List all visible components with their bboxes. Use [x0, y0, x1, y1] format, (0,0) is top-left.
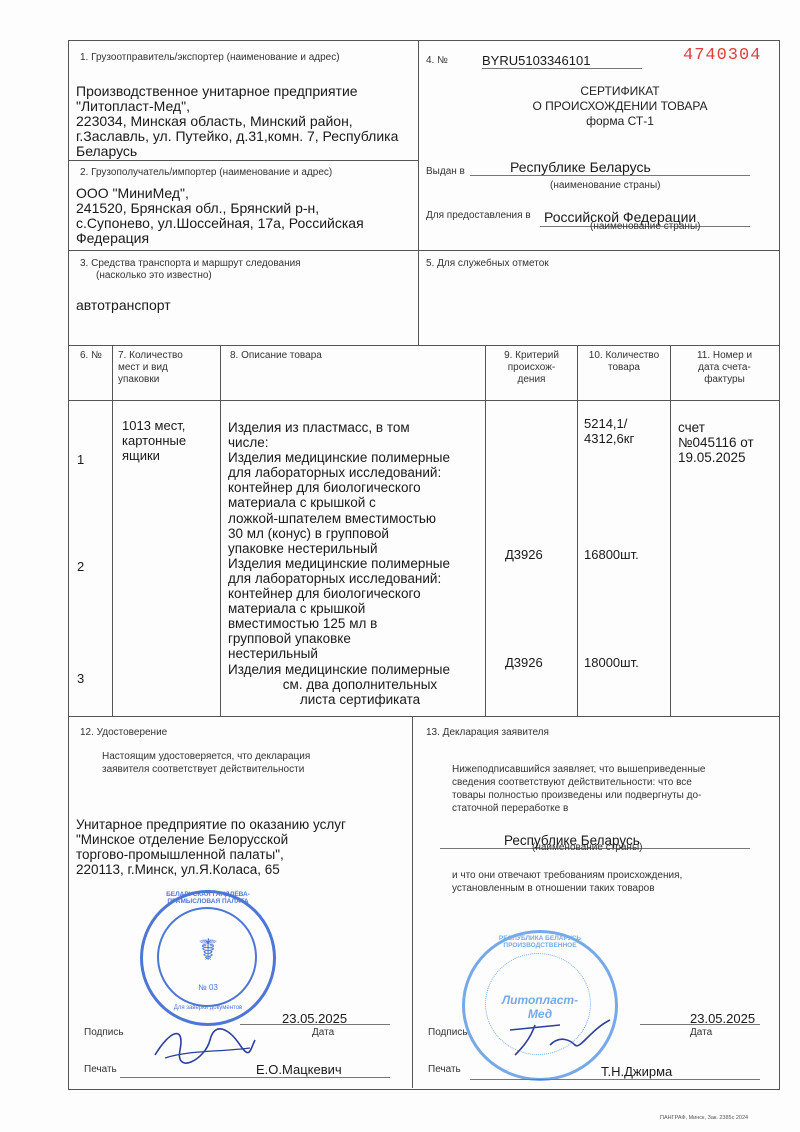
- certificate-title: СЕРТИФИКАТ О ПРОИСХОЖДЕНИИ ТОВАРА форма …: [480, 84, 760, 129]
- issued-in-value: Республике Беларусь: [470, 160, 750, 176]
- issued-in-label: Выдан в: [426, 166, 465, 178]
- criteria-cell: Д3926: [505, 547, 543, 562]
- box4-label: 4. №: [426, 55, 448, 67]
- signature-mark: [500, 1010, 620, 1060]
- col-header-quantity: 10. Количество товара: [578, 350, 670, 374]
- col-header-criteria: 9. Критерий происхож- дения: [486, 350, 577, 386]
- country-hint: (наименование страны): [532, 842, 642, 854]
- quantity-cell: 18000шт.: [584, 655, 639, 670]
- title-line: О ПРОИСХОЖДЕНИИ ТОВАРА: [480, 99, 760, 114]
- divider: [68, 716, 779, 717]
- divider: [68, 250, 779, 251]
- divider: [412, 716, 413, 1088]
- exporter-line: Беларусь: [76, 144, 421, 159]
- stamp-text: БЕЛАРУСКАЯ ГАНДЛЁВА-ПРАМЫСЛОВАЯ ПАЛАТА: [143, 891, 273, 905]
- transport-value: автотранспорт: [76, 298, 171, 313]
- date-label: Дата: [312, 1027, 334, 1039]
- for-hint: (наименование страны): [590, 221, 700, 233]
- title-line: форма СТ-1: [480, 114, 760, 129]
- signer-name: Е.О.Мацкевич: [256, 1062, 342, 1077]
- col-header-description: 8. Описание товара: [230, 350, 322, 362]
- signer-name: Т.Н.Джирма: [601, 1064, 672, 1079]
- col-header-packages: 7. Количество мест и вид упаковки: [118, 350, 183, 386]
- box2-label: 2. Грузополучатель/импортер (наименовани…: [80, 167, 332, 179]
- quantity-cell: 16800шт.: [584, 547, 639, 562]
- invoice-cell: счет №045116 от 19.05.2025: [678, 420, 754, 465]
- certifying-org: Унитарное предприятие по оказанию услуг …: [76, 817, 346, 877]
- col-header-number: 6. №: [80, 350, 102, 362]
- declaration-text: Нижеподписавшийся заявляет, что вышеприв…: [452, 763, 772, 815]
- signature-label: Подпись: [428, 1027, 468, 1039]
- criteria-cell: Д3926: [505, 655, 543, 670]
- row-number: 2: [77, 559, 84, 574]
- signature-mark: [150, 1020, 260, 1065]
- divider: [220, 345, 221, 716]
- exporter-line: Производственное унитарное предприятие: [76, 84, 421, 99]
- packages-cell: 1013 мест, картонные ящики: [122, 418, 218, 463]
- stamp-label: Печать: [84, 1064, 117, 1076]
- stamp-bottom: Для заверки документов: [163, 1005, 253, 1011]
- stamp-text: РЕСПУБЛИКА БЕЛАРУСЬ ПРОИЗВОДСТВЕННОЕ: [465, 935, 615, 949]
- row-number: 1: [77, 452, 84, 467]
- issued-in-hint: (наименование страны): [550, 180, 660, 192]
- stamp-label: Печать: [428, 1064, 461, 1076]
- chamber-stamp: БЕЛАРУСКАЯ ГАНДЛЁВА-ПРАМЫСЛОВАЯ ПАЛАТА ☤…: [140, 890, 276, 1026]
- box13-label: 13. Декларация заявителя: [426, 727, 549, 739]
- divider: [670, 345, 671, 716]
- divider: [68, 345, 779, 346]
- caduceus-icon: ☤: [178, 933, 238, 968]
- printer-imprint: ПАНГРАФ, Минск, Зак. 2385с 2024: [660, 1115, 748, 1121]
- importer-block: ООО "МиниМед", 241520, Брянская обл., Бр…: [76, 186, 416, 246]
- exporter-line: "Литопласт-Мед",: [76, 99, 421, 114]
- box3-label: 3. Средства транспорта и маршрут следова…: [80, 258, 301, 270]
- col-header-invoice: 11. Номер и дата счета- фактуры: [671, 350, 778, 386]
- row-number: 3: [77, 671, 84, 686]
- certificate-number: BYRU5103346101: [482, 53, 642, 69]
- exporter-block: Производственное унитарное предприятие "…: [76, 84, 421, 159]
- certification-text: Настоящим удостоверяется, что декларация…: [102, 750, 310, 776]
- importer-line: Федерация: [76, 231, 416, 246]
- quantity-cell: 5214,1/ 4312,6кг: [584, 416, 634, 446]
- box1-label: 1. Грузоотправитель/экспортер (наименова…: [80, 52, 340, 64]
- importer-line: ООО "МиниМед",: [76, 186, 416, 201]
- date-label: Дата: [690, 1027, 712, 1039]
- exporter-line: 223034, Минская область, Минский район,: [76, 114, 421, 129]
- divider: [68, 400, 779, 401]
- signer-underline: [120, 1077, 390, 1078]
- box12-label: 12. Удостоверение: [80, 727, 167, 739]
- continuation-note: см. два дополнительных листа сертификата: [260, 677, 460, 707]
- divider: [112, 345, 113, 716]
- box3-sublabel: (насколько это известно): [96, 270, 212, 282]
- description-cell: Изделия из пластмасс, в том числе: Издел…: [228, 420, 483, 677]
- divider: [68, 160, 418, 161]
- box5-label: 5. Для служебных отметок: [426, 258, 549, 270]
- for-label: Для предоставления в: [426, 210, 531, 222]
- importer-line: 241520, Брянская обл., Брянский р-н,: [76, 201, 416, 216]
- importer-line: с.Супонево, ул.Шоссейная, 17а, Российска…: [76, 216, 416, 231]
- declaration-text-2: и что они отвечают требованиям происхожд…: [452, 869, 682, 895]
- divider: [485, 345, 486, 716]
- signature-label: Подпись: [84, 1027, 124, 1039]
- certificate-page: 4740304 1. Грузоотправитель/экспортер (н…: [0, 0, 800, 1132]
- stamp-number: № 03: [178, 983, 238, 992]
- exporter-line: г.Заславль, ул. Путейко, д.31,комн. 7, Р…: [76, 129, 421, 144]
- title-line: СЕРТИФИКАТ: [480, 84, 760, 99]
- divider: [577, 345, 578, 716]
- signer-underline: [470, 1079, 760, 1080]
- date-underline: [640, 1024, 760, 1025]
- date-underline: [240, 1024, 390, 1025]
